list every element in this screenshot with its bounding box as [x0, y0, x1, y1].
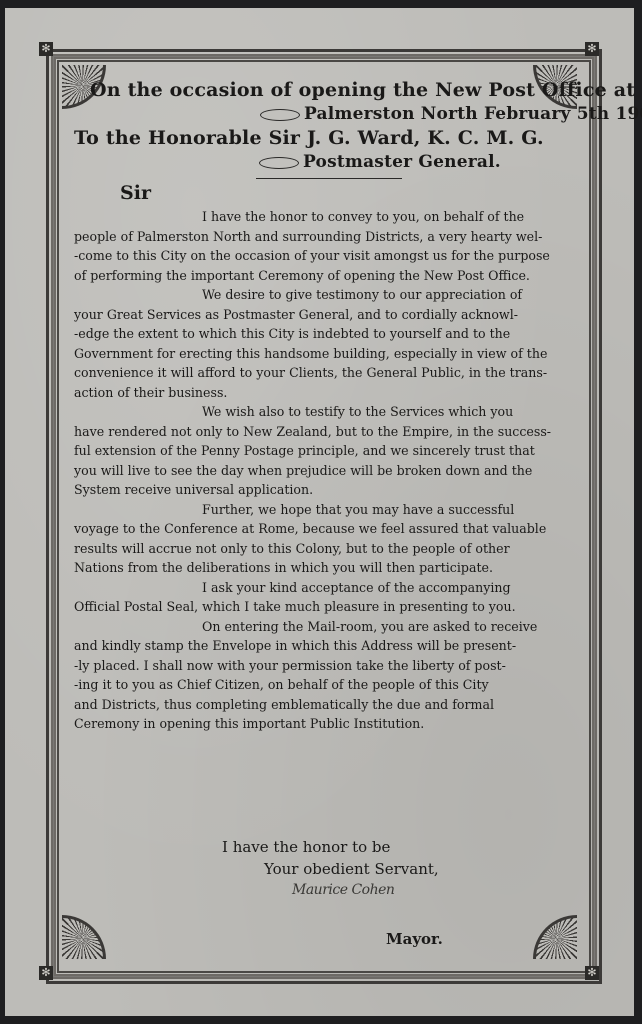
text-line: We desire to give testimony to our appre…	[74, 285, 574, 305]
text-line: I ask your kind acceptance of the accomp…	[74, 578, 574, 598]
flourish-icon	[259, 157, 299, 169]
text-line: ful extension of the Penny Postage princ…	[74, 441, 574, 461]
paragraph: Further, we hope that you may have a suc…	[74, 500, 574, 578]
heading-line-4: Postmaster General.	[259, 150, 574, 174]
paragraph: We wish also to testify to the Services …	[74, 402, 574, 500]
text-line: of performing the important Ceremony of …	[74, 266, 574, 286]
rosette-icon: ✻	[39, 966, 53, 980]
closing-line-1: I have the honor to be	[222, 836, 439, 858]
paragraph: On entering the Mail-room, you are asked…	[74, 617, 574, 734]
heading-office: Postmaster General.	[303, 152, 501, 172]
rosette-icon: ✻	[585, 966, 599, 980]
text-line: results will accrue not only to this Col…	[74, 539, 574, 559]
heading-line-2: Palmerston North February 5th 1906	[260, 102, 574, 126]
text-line: -edge the extent to which this City is i…	[74, 324, 574, 344]
text-line: Further, we hope that you may have a suc…	[74, 500, 574, 520]
text-line: voyage to the Conference at Rome, becaus…	[74, 519, 574, 539]
paragraph: I ask your kind acceptance of the accomp…	[74, 578, 574, 617]
text-line: I have the honor to convey to you, on be…	[74, 207, 574, 227]
closing-block: I have the honor to be Your obedient Ser…	[222, 836, 439, 880]
text-line: -come to this City on the occasion of yo…	[74, 246, 574, 266]
signature: Maurice Cohen	[292, 882, 394, 898]
text-line: System receive universal application.	[74, 480, 574, 500]
text-line: people of Palmerston North and surroundi…	[74, 227, 574, 247]
text-line: and Districts, thus completing emblemati…	[74, 695, 574, 715]
paragraph: I have the honor to convey to you, on be…	[74, 207, 574, 285]
rosette-icon: ✻	[39, 42, 53, 56]
text-line: -ly placed. I shall now with your permis…	[74, 656, 574, 676]
text-line: your Great Services as Postmaster Genera…	[74, 305, 574, 325]
salutation: Sir	[120, 181, 574, 205]
text-line: and kindly stamp the Envelope in which t…	[74, 636, 574, 656]
heading-place-date: Palmerston North February 5th 1906	[304, 104, 642, 124]
text-line: Official Postal Seal, which I take much …	[74, 597, 574, 617]
address-body: I have the honor to convey to you, on be…	[74, 207, 574, 734]
text-line: have rendered not only to New Zealand, b…	[74, 422, 574, 442]
text-line: you will live to see the day when prejud…	[74, 461, 574, 481]
text-line: Ceremony in opening this important Publi…	[74, 714, 574, 734]
rosette-icon: ✻	[585, 42, 599, 56]
text-line: convenience it will afford to your Clien…	[74, 363, 574, 383]
paragraph: We desire to give testimony to our appre…	[74, 285, 574, 402]
flourish-icon	[260, 109, 300, 121]
closing-line-2: Your obedient Servant,	[264, 858, 439, 880]
heading-line-3: To the Honorable Sir J. G. Ward, K. C. M…	[74, 126, 574, 150]
heading-divider	[256, 178, 402, 179]
text-line: -ing it to you as Chief Citizen, on beha…	[74, 675, 574, 695]
text-line: Government for erecting this handsome bu…	[74, 344, 574, 364]
heading-line-1: On the occasion of opening the New Post …	[90, 78, 574, 102]
text-line: We wish also to testify to the Services …	[74, 402, 574, 422]
signatory-title: Mayor.	[386, 930, 443, 948]
text-line: On entering the Mail-room, you are asked…	[74, 617, 574, 637]
text-line: Nations from the deliberations in which …	[74, 558, 574, 578]
address-content: On the occasion of opening the New Post …	[74, 78, 574, 734]
text-line: action of their business.	[74, 383, 574, 403]
